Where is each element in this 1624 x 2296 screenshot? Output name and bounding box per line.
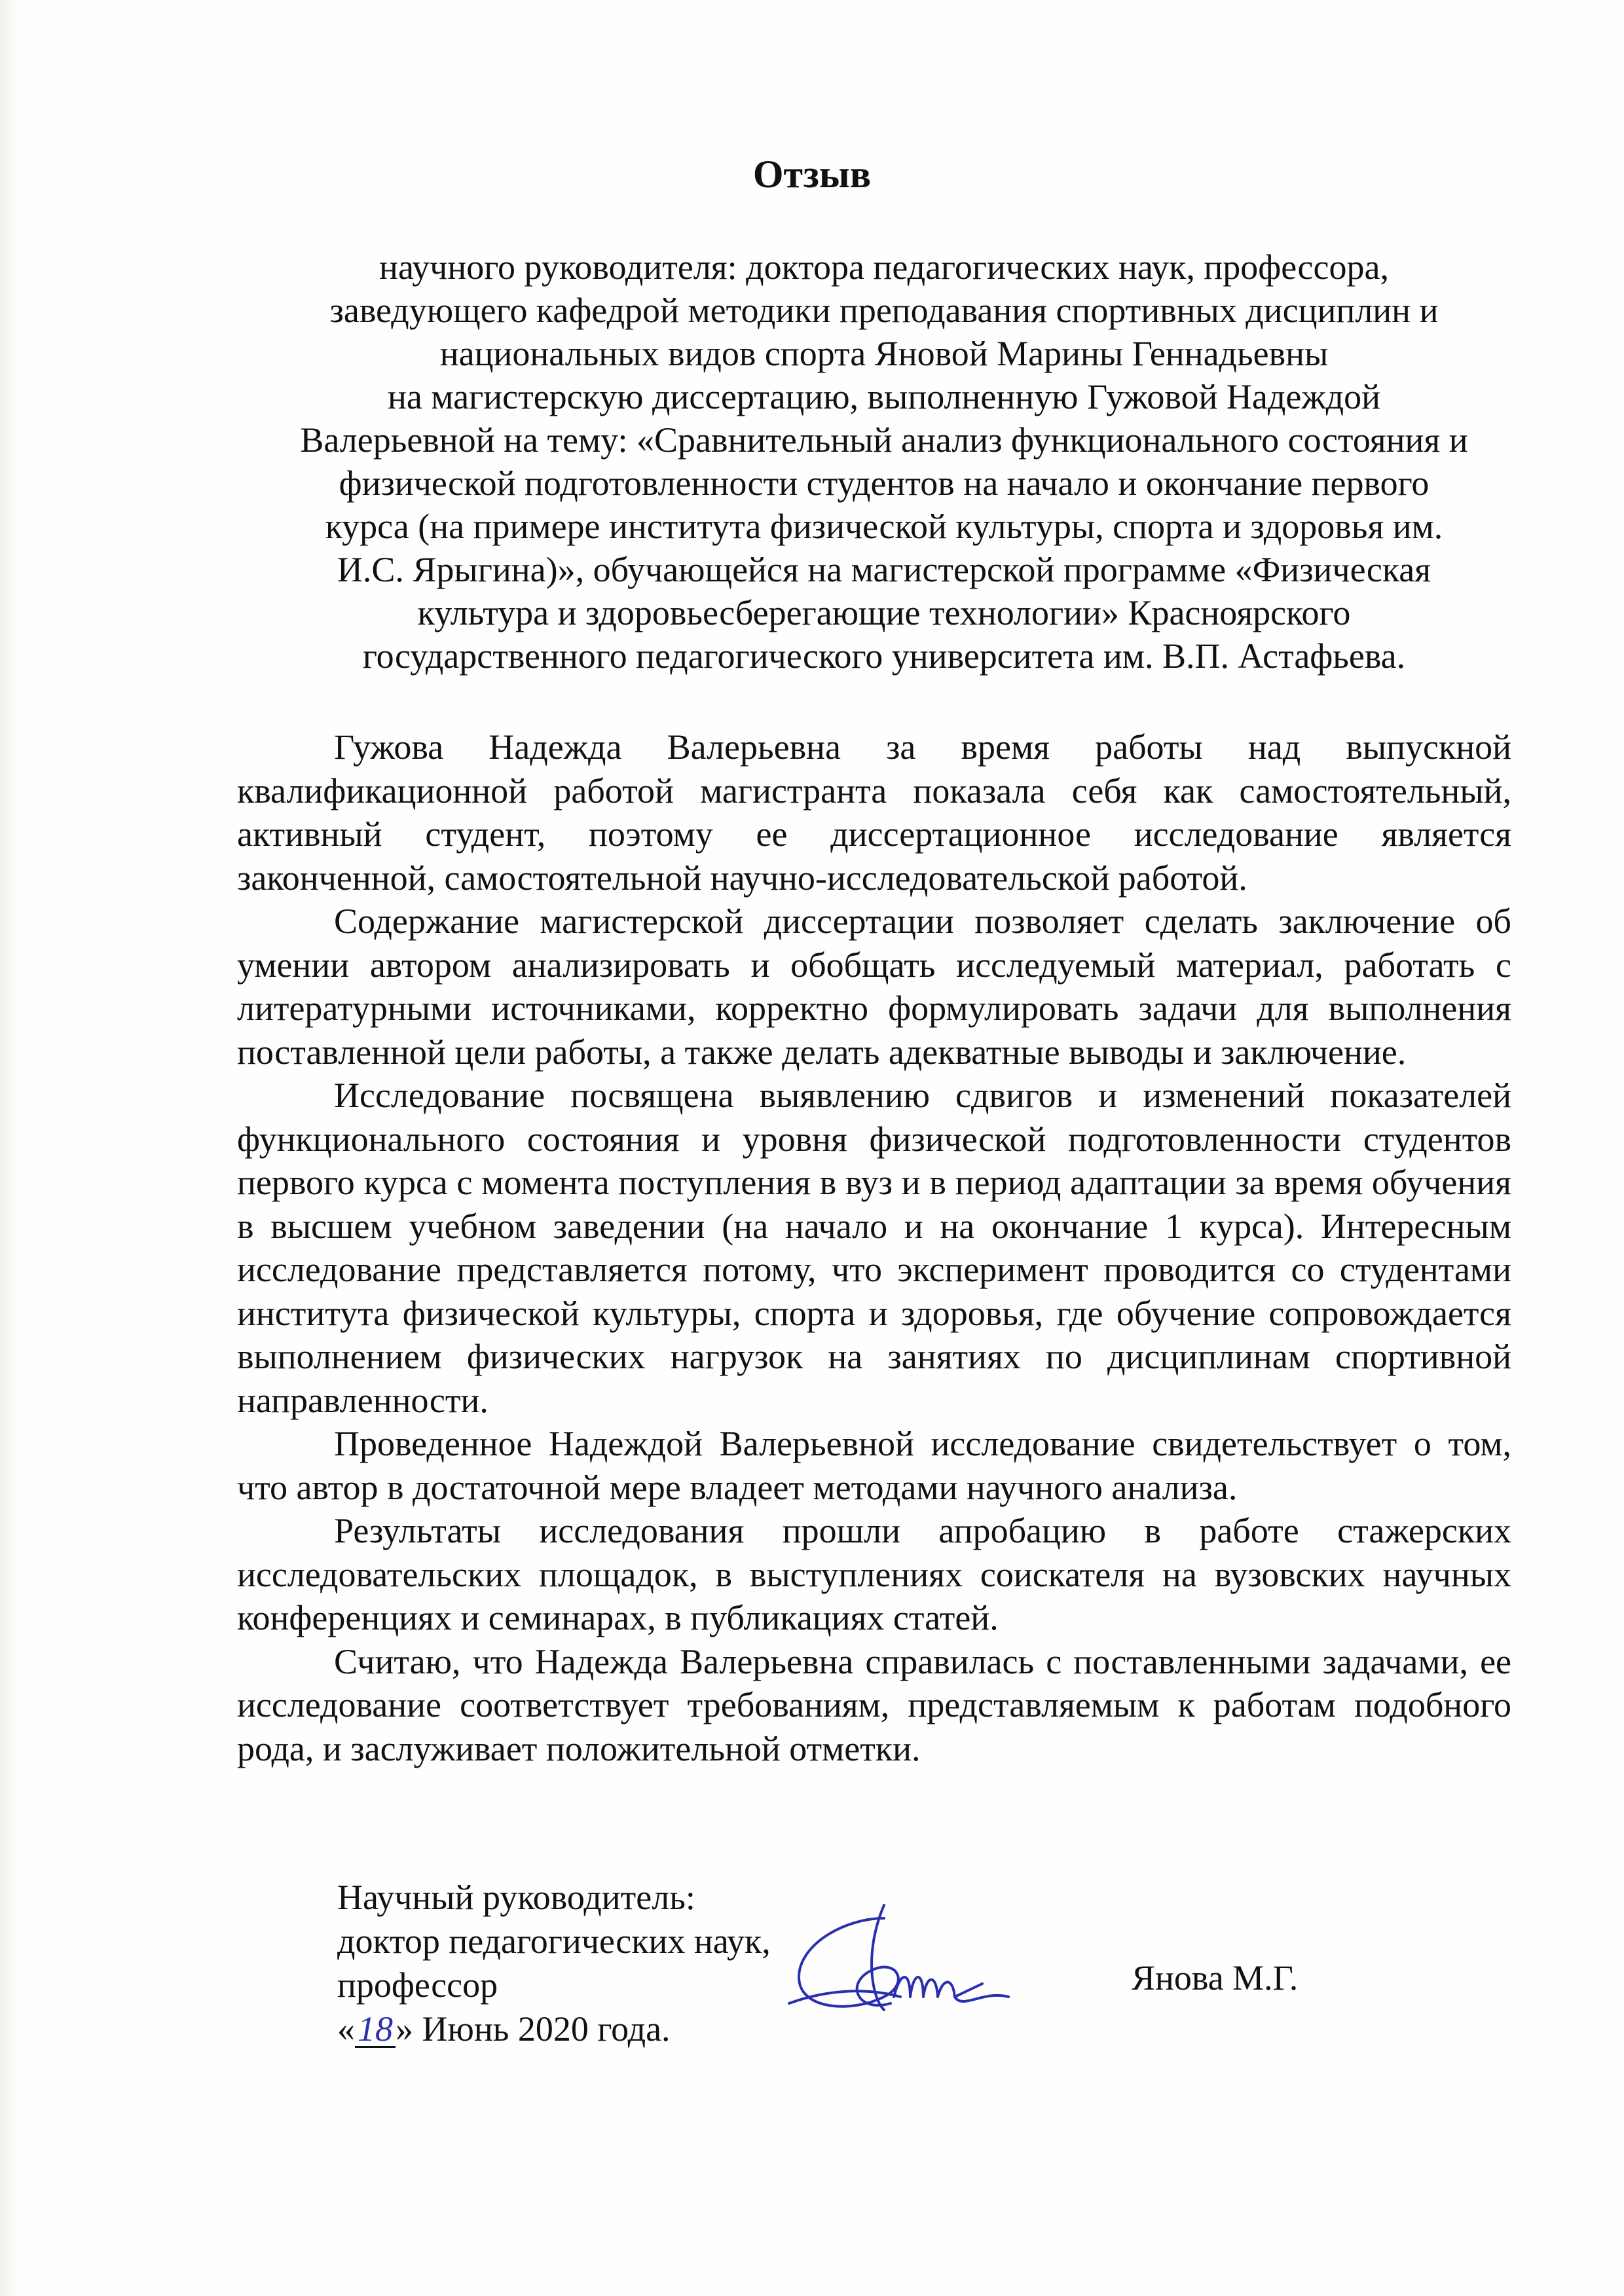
body-paragraph: Исследование посвящена выявлению сдвигов… xyxy=(237,1074,1511,1422)
heading-line: физической подготовленности студентов на… xyxy=(236,462,1532,505)
heading-line: государственного педагогического универс… xyxy=(236,634,1532,678)
document-body: Гужова Надежда Валерьевна за время работ… xyxy=(237,725,1511,1770)
heading-line: заведующего кафедрой методики преподаван… xyxy=(236,289,1532,332)
signer-degree: доктор педагогических наук, xyxy=(337,1920,771,1963)
document-title: Отзыв xyxy=(0,152,1624,197)
handwritten-signature-icon xyxy=(786,1899,1061,2030)
body-paragraph: Содержание магистерской диссертации позв… xyxy=(237,900,1511,1074)
heading-line: научного руководителя: доктора педагогич… xyxy=(236,246,1532,289)
signer-name: Янова М.Г. xyxy=(1132,1958,1298,1998)
body-paragraph: Считаю, что Надежда Валерьевна справилас… xyxy=(237,1640,1511,1771)
heading-line: Валерьевной на тему: «Сравнительный анал… xyxy=(236,418,1532,462)
date-day-handwritten: 18 xyxy=(355,2012,396,2048)
scan-edge-shadow xyxy=(0,0,20,2296)
document-heading: научного руководителя: доктора педагогич… xyxy=(236,246,1532,678)
signer-role: Научный руководитель: xyxy=(337,1876,771,1920)
signature-block: Научный руководитель: доктор педагогичес… xyxy=(337,1876,771,2051)
signature-date: «18» Июнь 2020 года. xyxy=(337,2007,771,2051)
heading-line: курса (на примере института физической к… xyxy=(236,505,1532,548)
date-open-quote: « xyxy=(337,2009,355,2049)
heading-line: национальных видов спорта Яновой Марины … xyxy=(236,332,1532,375)
body-paragraph: Гужова Надежда Валерьевна за время работ… xyxy=(237,725,1511,900)
date-rest: » Июнь 2020 года. xyxy=(396,2009,671,2049)
heading-line: И.С. Ярыгина)», обучающейся на магистерс… xyxy=(236,548,1532,591)
heading-line: культура и здоровьесберегающие технологи… xyxy=(236,591,1532,634)
signer-title: профессор xyxy=(337,1963,771,2007)
heading-line: на магистерскую диссертацию, выполненную… xyxy=(236,375,1532,418)
body-paragraph: Результаты исследования прошли апробацию… xyxy=(237,1509,1511,1640)
body-paragraph: Проведенное Надеждой Валерьевной исследо… xyxy=(237,1422,1511,1509)
